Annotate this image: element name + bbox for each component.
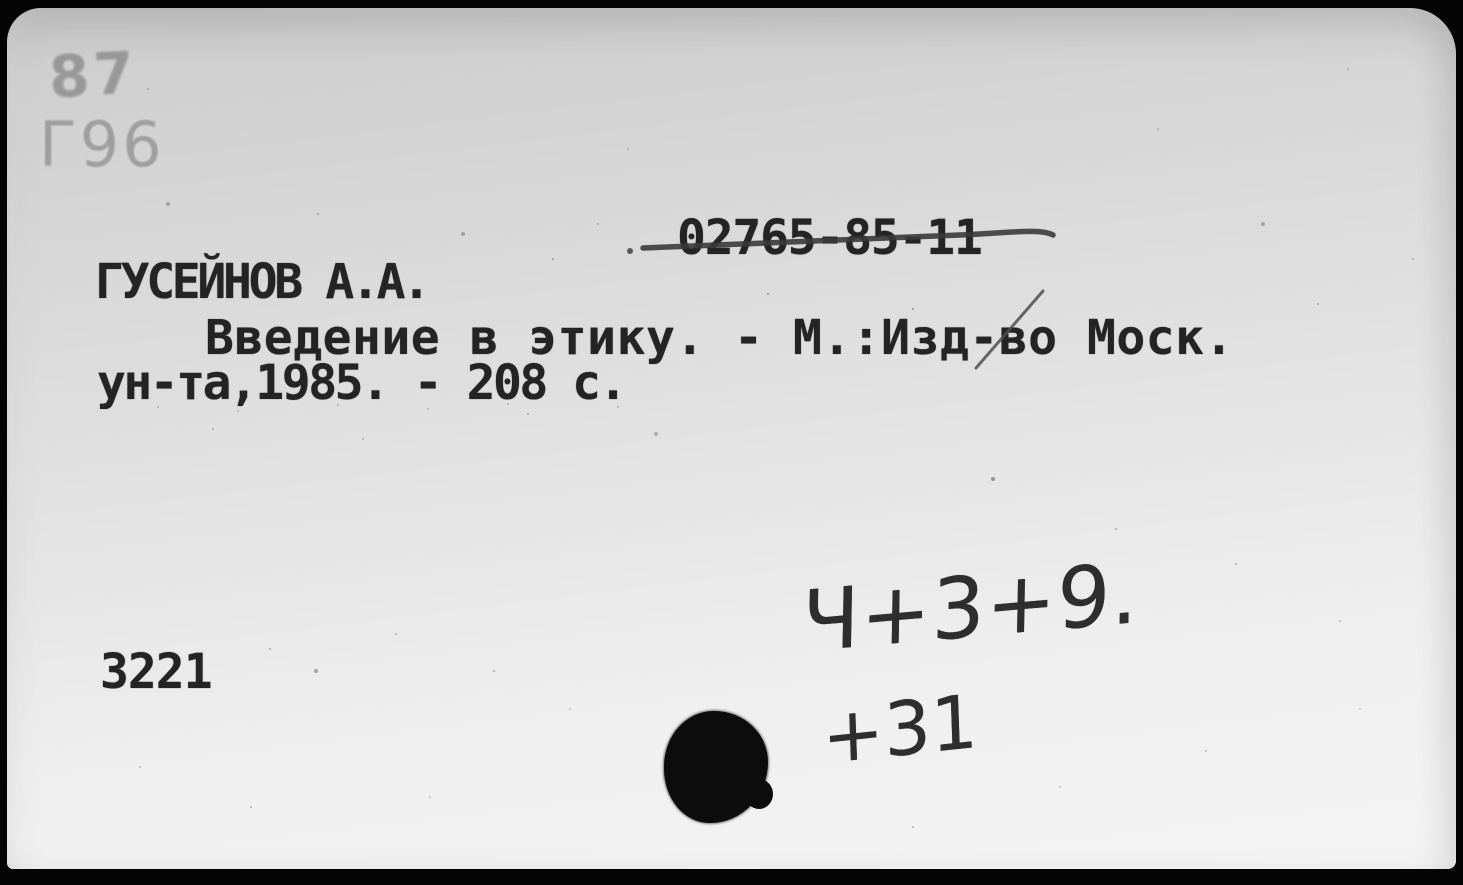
pencil-classification-mark: 87 — [48, 44, 140, 107]
handwritten-note-line-2: +31 — [821, 685, 979, 775]
scanned-card-photo: 87 Г96 02765-85-11 ГУСЕЙНОВ А.А. Введени… — [0, 0, 1463, 885]
accession-number: 3221 — [100, 648, 212, 696]
ink-dot-before-number — [627, 248, 633, 254]
library-catalog-card: 87 Г96 02765-85-11 ГУСЕЙНОВ А.А. Введени… — [7, 8, 1456, 869]
bibliographic-description-line-2: ун-та,1985. - 208 с. — [97, 359, 625, 407]
pencil-author-shelf-mark: Г96 — [39, 114, 165, 176]
rod-hole-punch — [664, 711, 768, 823]
author-heading: ГУСЕЙНОВ А.А. — [95, 258, 428, 306]
paper-speckles — [7, 8, 9, 10]
handwritten-note-line-1: Ч+3+9. — [802, 551, 1140, 665]
catalog-number-struck-through: 02765-85-11 — [677, 214, 982, 262]
